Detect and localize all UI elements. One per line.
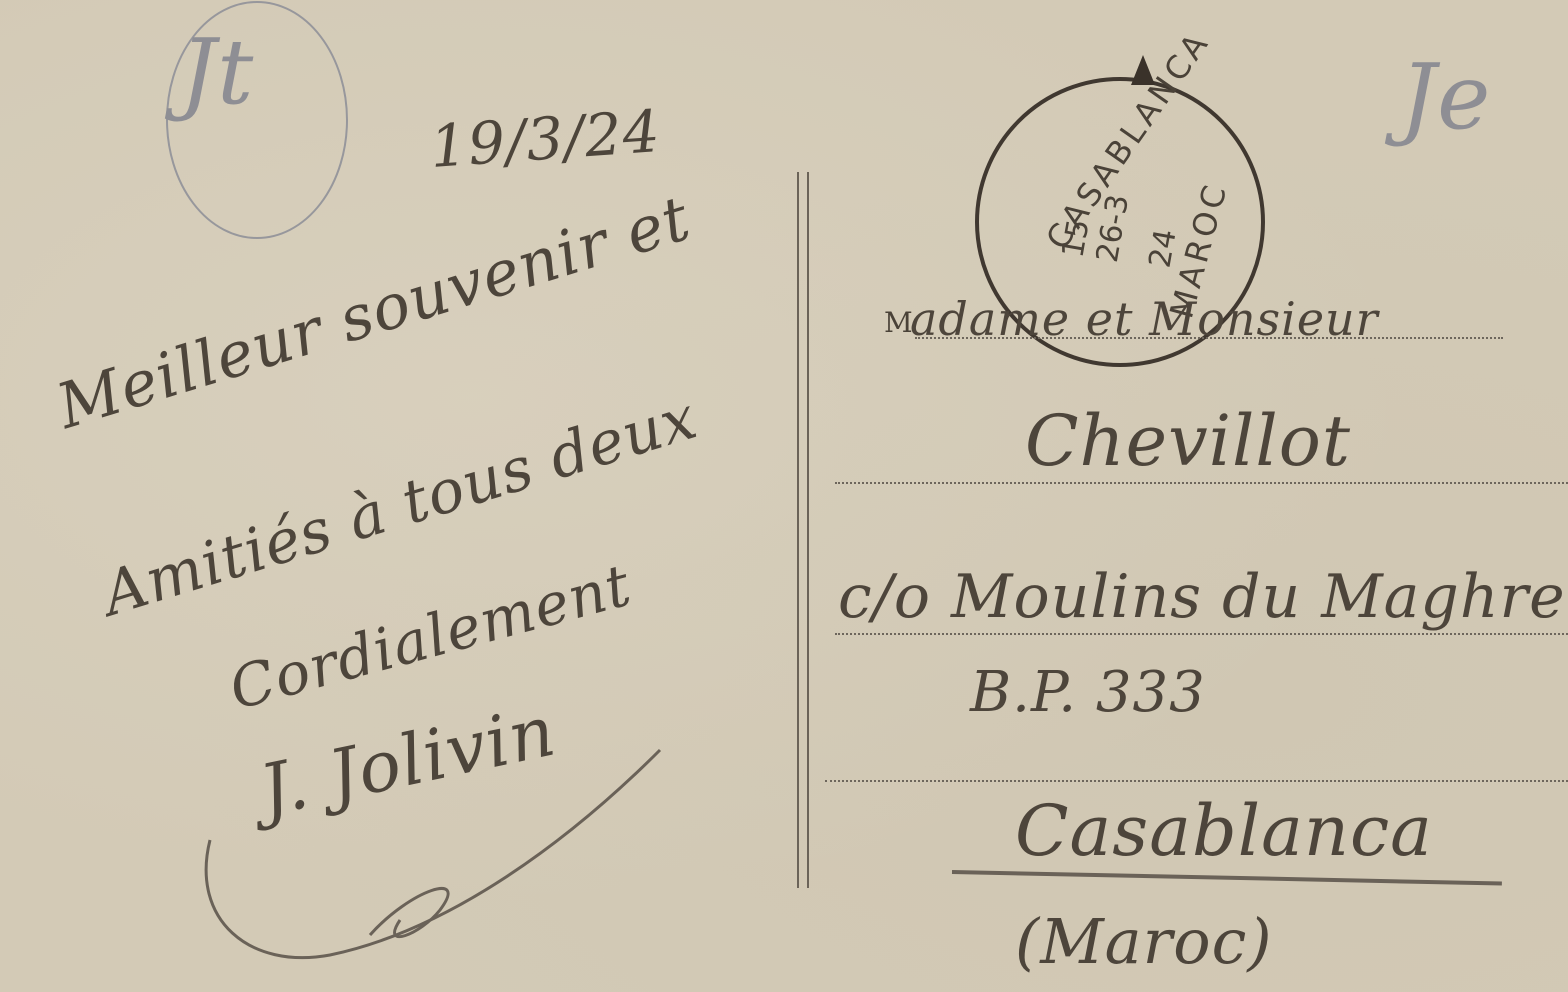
- postcard-back: Jt 19/3/24 Meilleur souvenir et Amitiés …: [0, 0, 1568, 992]
- address-po-box: B.P. 333: [970, 660, 1206, 725]
- pencil-mark-right: Je: [1400, 45, 1491, 150]
- postmark-year: 24: [1143, 227, 1184, 271]
- message-line-1: Meilleur souvenir et: [49, 181, 699, 443]
- center-divider: [797, 172, 809, 888]
- message-date: 19/3/24: [428, 97, 663, 181]
- address-city: Casablanca: [1015, 790, 1433, 872]
- address-name: Chevillot: [1025, 400, 1351, 482]
- printed-m-prefix: M: [884, 306, 913, 339]
- address-line-3: [835, 633, 1568, 635]
- address-line-4: [825, 780, 1568, 782]
- postmark-top-blot-icon: [1125, 55, 1161, 89]
- city-underline: [952, 870, 1502, 886]
- address-line-2: [835, 482, 1568, 484]
- address-line-1: [915, 337, 1503, 339]
- address-care-of: c/o Moulins du Maghreb: [838, 562, 1568, 632]
- pencil-mark-left: Jt: [180, 20, 254, 125]
- signature-flourish-icon: [190, 720, 670, 980]
- address-country: (Maroc): [1015, 905, 1273, 978]
